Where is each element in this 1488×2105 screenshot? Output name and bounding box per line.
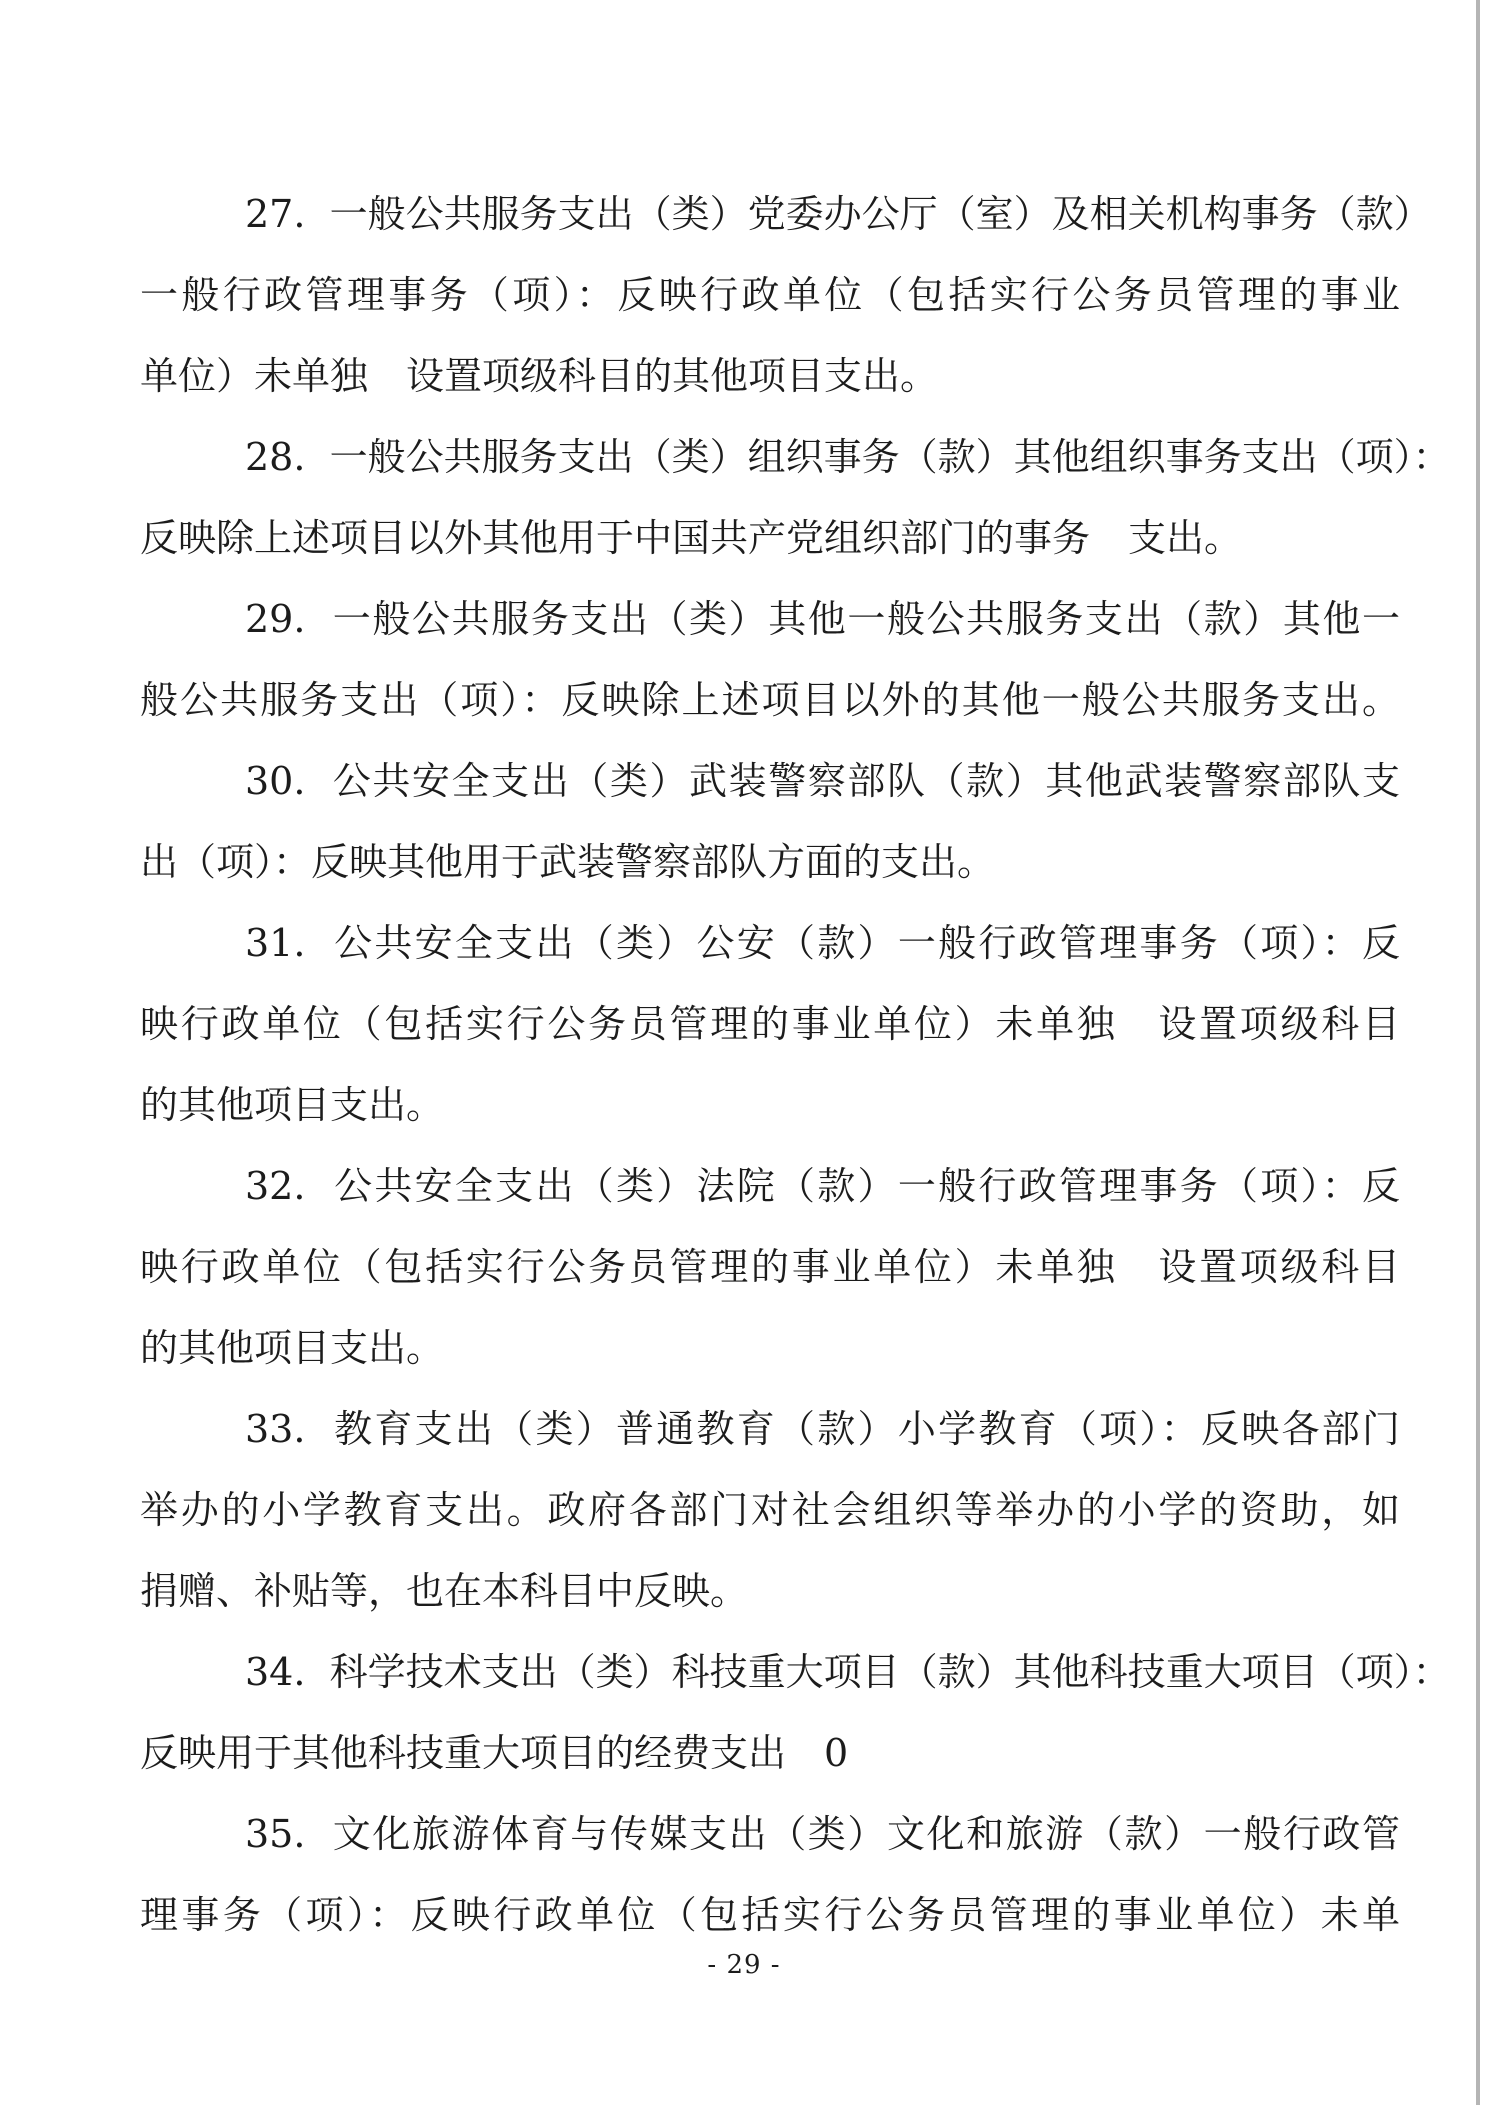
paragraph-line: 映行政单位（包括实行公务员管理的事业单位）未单独 设置项级科目 (140, 984, 1400, 1065)
paragraph-line: 捐赠、补贴等，也在本科目中反映。 (140, 1551, 1400, 1632)
paragraph-line-item-27: 27. 一般公共服务支出（类）党委办公厅（室）及相关机构事务（款） (140, 174, 1400, 255)
paragraph-line-item-29: 29. 一般公共服务支出（类）其他一般公共服务支出（款）其他一 (140, 579, 1400, 660)
paragraph-line-item-34: 34. 科学技术支出（类）科技重大项目（款）其他科技重大项目（项）： (140, 1632, 1400, 1713)
paragraph-line-item-32: 32. 公共安全支出（类）法院（款）一般行政管理事务（项）：反 (140, 1146, 1400, 1227)
paragraph-line: 一般行政管理事务（项）：反映行政单位（包括实行公务员管理的事业 (140, 255, 1400, 336)
paragraph-line: 单位）未单独 设置项级科目的其他项目支出。 (140, 336, 1400, 417)
paragraph-line-item-35: 35. 文化旅游体育与传媒支出（类）文化和旅游（款）一般行政管 (140, 1794, 1400, 1875)
page-number: - 29 - (0, 1950, 1488, 1980)
paragraph-line-item-31: 31. 公共安全支出（类）公安（款）一般行政管理事务（项）：反 (140, 903, 1400, 984)
document-page: 27. 一般公共服务支出（类）党委办公厅（室）及相关机构事务（款）一般行政管理事… (0, 0, 1488, 2105)
document-body: 27. 一般公共服务支出（类）党委办公厅（室）及相关机构事务（款）一般行政管理事… (140, 174, 1400, 1956)
paragraph-line: 出（项）：反映其他用于武装警察部队方面的支出。 (140, 822, 1400, 903)
paragraph-line: 映行政单位（包括实行公务员管理的事业单位）未单独 设置项级科目 (140, 1227, 1400, 1308)
paragraph-line: 举办的小学教育支出。政府各部门对社会组织等举办的小学的资助，如 (140, 1470, 1400, 1551)
paragraph-line-item-33: 33. 教育支出（类）普通教育（款）小学教育（项）：反映各部门 (140, 1389, 1400, 1470)
paragraph-line: 的其他项目支出。 (140, 1308, 1400, 1389)
paragraph-line: 的其他项目支出。 (140, 1065, 1400, 1146)
paragraph-line: 反映用于其他科技重大项目的经费支出 0 (140, 1713, 1400, 1794)
paragraph-line: 反映除上述项目以外其他用于中国共产党组织部门的事务 支出。 (140, 498, 1400, 579)
paragraph-line: 理事务（项）：反映行政单位（包括实行公务员管理的事业单位）未单 (140, 1875, 1400, 1956)
paragraph-line: 般公共服务支出（项）：反映除上述项目以外的其他一般公共服务支出。 (140, 660, 1400, 741)
paragraph-line-item-30: 30. 公共安全支出（类）武装警察部队（款）其他武装警察部队支 (140, 741, 1400, 822)
paragraph-line-item-28: 28. 一般公共服务支出（类）组织事务（款）其他组织事务支出（项）： (140, 417, 1400, 498)
page-edge-shadow (1476, 0, 1480, 2105)
page: { "page": { "colors": { "background": "#… (0, 0, 1488, 2105)
